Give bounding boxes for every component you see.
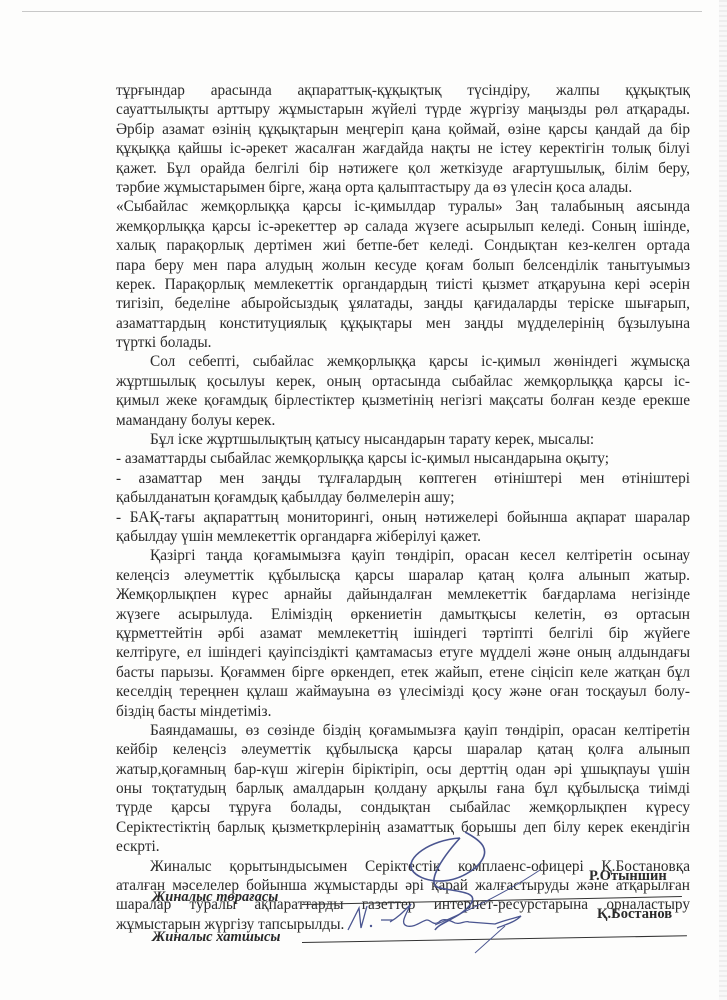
document-line: Баяндамашы, өз сөзінде біздің қоғамымызғ… bbox=[116, 721, 690, 740]
scan-top-edge bbox=[22, 11, 702, 12]
document-line: азаматтардың конституциялық құқықтары ме… bbox=[116, 314, 690, 333]
chairman-name: Р.Отыншин bbox=[589, 868, 667, 885]
document-line: Сол себепті, сыбайлас жемқорлыққа қарсы … bbox=[116, 352, 690, 371]
document-line: Бұл іске жұртшылықтың қатысу нысандарын … bbox=[116, 430, 690, 449]
document-line: Әрбір азамат өзінің құқықтарын меңгеріп … bbox=[116, 120, 690, 139]
document-line: «Сыбайлас жемқорлыққа қарсы іс-қимылдар … bbox=[116, 197, 690, 216]
secretary-name: Қ.Бостанов bbox=[597, 906, 672, 923]
document-line: жұртшылық қосылуы керек, оның ортасында … bbox=[116, 372, 690, 391]
scan-right-edge bbox=[719, 0, 727, 1000]
document-line: - азаматтар мен заңды тұлғалардың көптег… bbox=[116, 469, 690, 488]
document-body: тұрғындар арасында ақпараттық-құқықтық т… bbox=[116, 81, 690, 934]
document-line: жемқорлыққа қарсы іс-әрекеттер әр салада… bbox=[116, 217, 690, 236]
document-line: кейбір келеңсіз әлеуметтік құбылысқа қар… bbox=[116, 740, 690, 759]
document-line: түрткі болады. bbox=[116, 333, 690, 352]
document-line: оны тоқтатудың барлық амалдарын қолдану … bbox=[116, 779, 690, 798]
document-line: келтіруге, ел ішіндегі қауіпсіздікті қам… bbox=[116, 643, 690, 662]
document-line: түрде қарсы тұруға болады, сондықтан сыб… bbox=[116, 798, 690, 817]
document-line: қимыл жеке қоғамдық бірлестіктер қызметі… bbox=[116, 391, 690, 410]
document-line: Қазіргі таңда қоғамымызға қауіп төндіріп… bbox=[116, 546, 690, 565]
document-line: пара беру мен пара алудың жолын кесуде қ… bbox=[116, 256, 690, 275]
document-line: құрметтейтін әрбі азамат мемлекеттің іші… bbox=[116, 624, 690, 643]
document-line: Жемқорлықпен күрес арнайы дайындалған ме… bbox=[116, 585, 690, 604]
document-line: жүзеге асырылуда. Еліміздің өркениетін д… bbox=[116, 605, 690, 624]
document-line: тұрғындар арасында ақпараттық-құқықтық т… bbox=[116, 81, 690, 100]
document-line: құқыққа қайшы іс-әрекет жасалған жағдайд… bbox=[116, 139, 690, 158]
document-line: халық парақорлық дертімен жиі бетпе-бет … bbox=[116, 236, 690, 255]
document-line: қабылдау үшін мемлекеттік органдарға жіб… bbox=[116, 527, 690, 546]
secretary-handwritten-signature bbox=[345, 898, 535, 958]
document-line: - азаматтарды сыбайлас жемқорлыққа қарсы… bbox=[116, 449, 690, 468]
document-line: - БАҚ-тағы ақпараттың мониторингі, оның … bbox=[116, 508, 690, 527]
document-line: жатыр,қоғамның бар-күш жігерін біріктірі… bbox=[116, 760, 690, 779]
document-line: тигізіп, беделіне абыройсыздық ұялатады,… bbox=[116, 294, 690, 313]
document-line: басты парызы. Қоғаммен бірге өркендеп, е… bbox=[116, 663, 690, 682]
chairman-label: Жиналыс төрағасы bbox=[152, 889, 278, 906]
document-line: келеңсіз әлеуметтік құбылысқа қарсы шара… bbox=[116, 566, 690, 585]
document-line: біздің басты міндетіміз. bbox=[116, 702, 690, 721]
document-line: тәрбие жұмыстарымен бірге, жаңа орта қал… bbox=[116, 178, 690, 197]
secretary-label: Жиналыс хатшысы bbox=[152, 929, 280, 946]
document-line: мамандану болуы керек. bbox=[116, 411, 690, 430]
document-line: қабылданатын қоғамдық қабылдау бөлмелері… bbox=[116, 488, 690, 507]
document-line: сауаттылықты арттыру жұмыстарын жүйелі т… bbox=[116, 100, 690, 119]
document-line: қажет. Бұл орайда белгілі бір нәтижеге қ… bbox=[116, 159, 690, 178]
document-line: керек. Парақорлық мемлекеттік органдарды… bbox=[116, 275, 690, 294]
document-line: кеселдің тереңнен құлаш жаймауына өз үле… bbox=[116, 682, 690, 701]
